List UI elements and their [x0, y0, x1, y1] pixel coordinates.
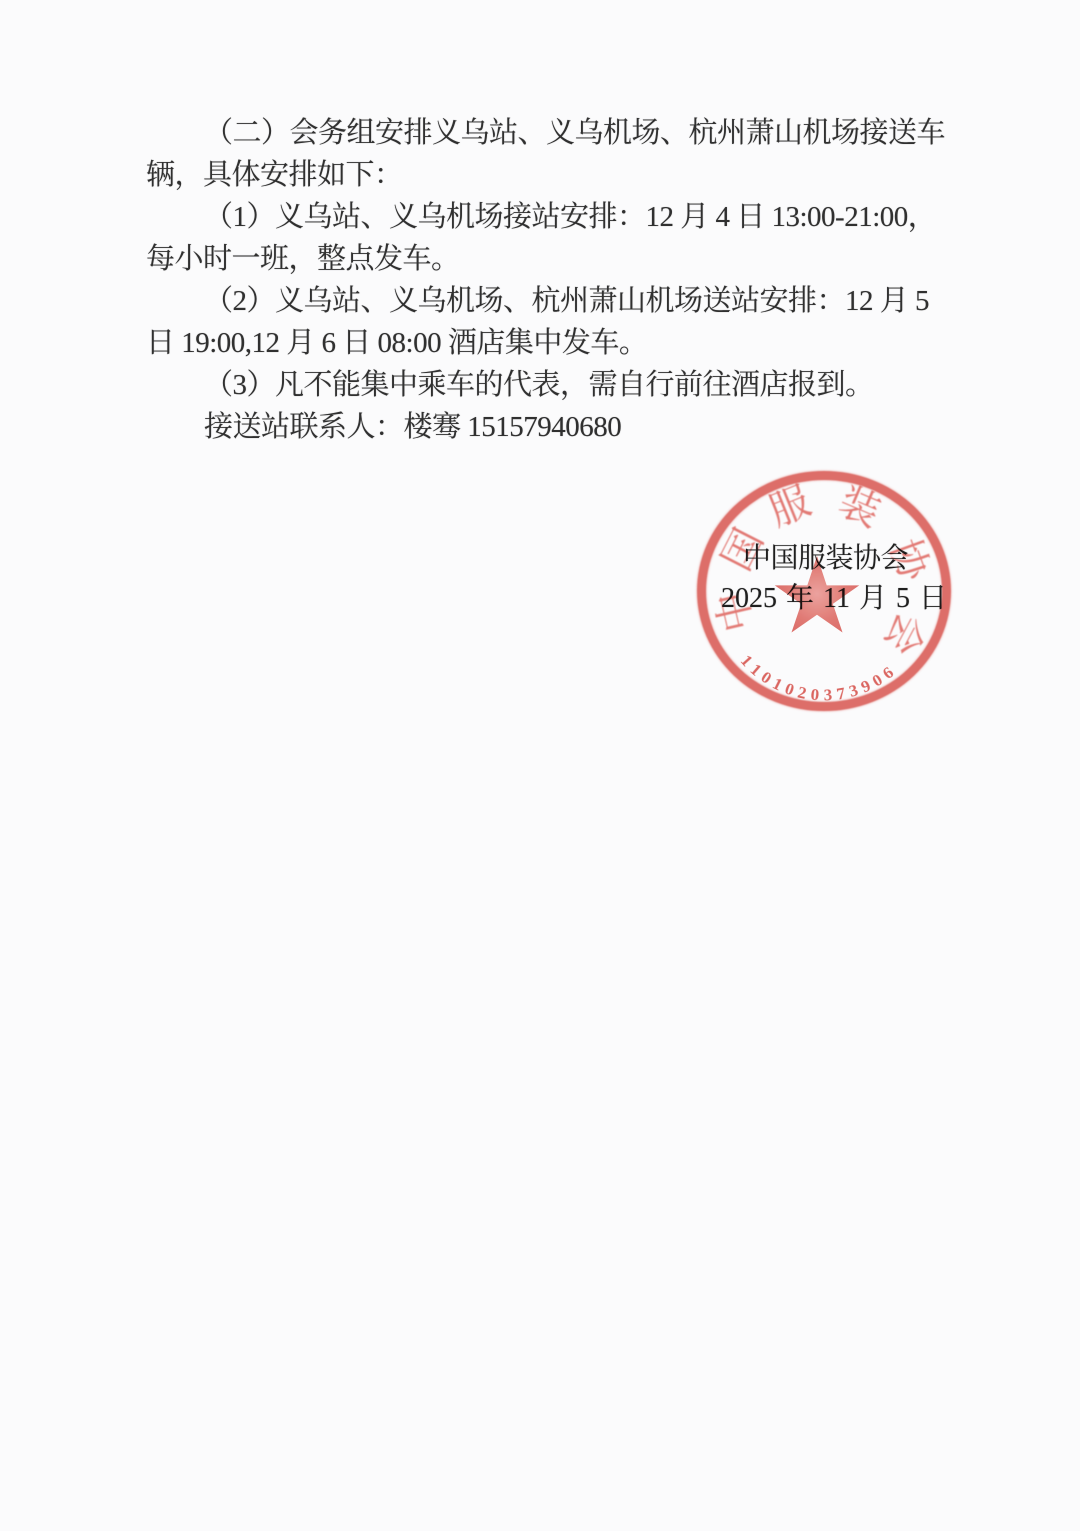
body-line: 辆，具体安排如下： [146, 154, 956, 196]
seal-serial-digit: 3 [823, 686, 832, 703]
body-line: 接送站联系人：楼骞 15157940680 [146, 406, 956, 448]
document-body: （二）会务组安排义乌站、义乌机场、杭州萧山机场接送车辆，具体安排如下：（1）义乌… [146, 112, 956, 448]
document-page: （二）会务组安排义乌站、义乌机场、杭州萧山机场接送车辆，具体安排如下：（1）义乌… [0, 0, 1080, 1531]
body-line: （2）义乌站、义乌机场、杭州萧山机场送站安排：12 月 5 [146, 280, 956, 322]
seal-serial-digit: 0 [810, 686, 820, 704]
body-line: （二）会务组安排义乌站、义乌机场、杭州萧山机场接送车 [146, 112, 956, 154]
body-line: （3）凡不能集中乘车的代表，需自行前往酒店报到。 [146, 364, 956, 406]
body-line: 日 19:00,12 月 6 日 08:00 酒店集中发车。 [146, 322, 956, 364]
body-line: （1）义乌站、义乌机场接站安排：12 月 4 日 13:00-21:00， [146, 196, 956, 238]
body-line: 每小时一班，整点发车。 [146, 238, 956, 280]
seal-serial-digit: 7 [835, 685, 846, 703]
